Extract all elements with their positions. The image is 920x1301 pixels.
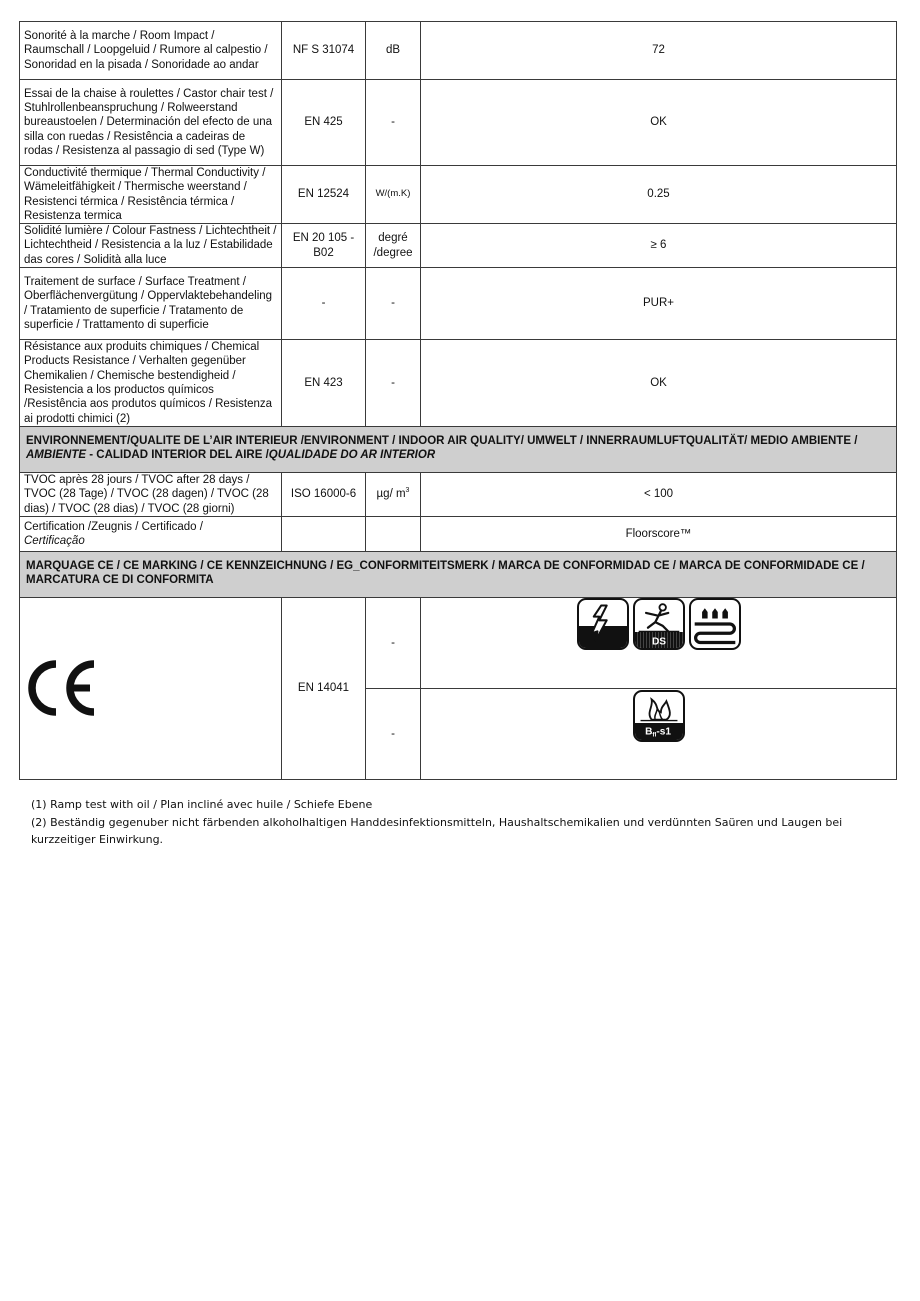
table-row: Sonorité à la marche / Room Impact / Rau… <box>20 22 897 80</box>
standard-cell <box>282 516 366 551</box>
property-text: Certificação <box>24 535 85 547</box>
value-cell: ≥ 6 <box>421 224 897 268</box>
standard-cell: EN 12524 <box>282 166 366 224</box>
unit-cell: - <box>366 340 421 427</box>
standard-cell: EN 14041 <box>282 597 366 779</box>
value-cell: Floorscore™ <box>421 516 897 551</box>
underfloor-heating-icon <box>689 598 741 650</box>
pictogram-cell: Bfl-s1 <box>421 688 897 779</box>
property-cell: Solidité lumière / Colour Fastness / Lic… <box>20 224 282 268</box>
fire-classification-icon: Bfl-s1 <box>633 690 685 742</box>
section-title-part: AMBIENTE <box>26 449 86 461</box>
section-title-part: ENVIRONNEMENT/QUALITE DE L’AIR INTERIEUR… <box>26 435 857 447</box>
value-cell: PUR+ <box>421 268 897 340</box>
standard-cell: - <box>282 268 366 340</box>
table-row: EN 14041 - <box>20 597 897 688</box>
table-row: Conductivité thermique / Thermal Conduct… <box>20 166 897 224</box>
property-cell: Certification /Zeugnis / Certificado / C… <box>20 516 282 551</box>
standard-cell: EN 423 <box>282 340 366 427</box>
table-row: TVOC après 28 jours / TVOC after 28 days… <box>20 472 897 516</box>
property-cell: TVOC après 28 jours / TVOC after 28 days… <box>20 472 282 516</box>
value-cell: OK <box>421 340 897 427</box>
footnote: (2) Beständig gegenuber nicht färbenden … <box>31 814 881 849</box>
standard-cell: EN 20 105 - B02 <box>282 224 366 268</box>
ce-mark-cell <box>20 597 282 779</box>
section-header-environment: ENVIRONNEMENT/QUALITE DE L’AIR INTERIEUR… <box>20 426 897 472</box>
property-cell: Traitement de surface / Surface Treatmen… <box>20 268 282 340</box>
fire-class-label: -s1 <box>656 726 671 737</box>
section-header-ce-marking: MARQUAGE CE / CE MARKING / CE KENNZEICHN… <box>20 551 897 597</box>
table-row: Certification /Zeugnis / Certificado / C… <box>20 516 897 551</box>
table-row: Résistance aux produits chimiques / Chem… <box>20 340 897 427</box>
svg-text:Bfl-s1: Bfl-s1 <box>645 726 671 738</box>
technical-spec-table: Sonorité à la marche / Room Impact / Rau… <box>19 21 897 780</box>
value-cell: OK <box>421 80 897 166</box>
unit-cell: - <box>366 597 421 688</box>
unit-cell <box>366 516 421 551</box>
property-cell: Sonorité à la marche / Room Impact / Rau… <box>20 22 282 80</box>
pictogram-cell: DS <box>421 597 897 688</box>
value-cell: 0.25 <box>421 166 897 224</box>
unit-cell: - <box>366 80 421 166</box>
electrical-behaviour-icon <box>577 598 629 650</box>
value-cell: < 100 <box>421 472 897 516</box>
section-title: ENVIRONNEMENT/QUALITE DE L’AIR INTERIEUR… <box>20 426 897 472</box>
svg-text:DS: DS <box>651 636 665 647</box>
unit-base: µg/ m <box>377 488 406 500</box>
footnotes: (1) Ramp test with oil / Plan incliné av… <box>31 796 881 849</box>
table-row: Essai de la chaise à roulettes / Castor … <box>20 80 897 166</box>
unit-cell: - <box>366 688 421 779</box>
property-text: Certification /Zeugnis / Certificado / <box>24 521 203 533</box>
table-row: Traitement de surface / Surface Treatmen… <box>20 268 897 340</box>
slip-resistance-ds-icon: DS <box>633 598 685 650</box>
ce-mark-icon <box>24 660 277 716</box>
unit-cell: dB <box>366 22 421 80</box>
section-title-part: QUALIDADE DO AR INTERIOR <box>269 449 435 461</box>
footnote: (1) Ramp test with oil / Plan incliné av… <box>31 796 881 814</box>
unit-cell: degré /degree <box>366 224 421 268</box>
value-cell: 72 <box>421 22 897 80</box>
unit-cell: - <box>366 268 421 340</box>
property-cell: Résistance aux produits chimiques / Chem… <box>20 340 282 427</box>
unit-cell: W/(m.K) <box>366 166 421 224</box>
section-title: MARQUAGE CE / CE MARKING / CE KENNZEICHN… <box>20 551 897 597</box>
property-cell: Conductivité thermique / Thermal Conduct… <box>20 166 282 224</box>
unit-superscript: 3 <box>406 487 410 494</box>
fire-class-label: B <box>645 726 652 737</box>
table-row: Solidité lumière / Colour Fastness / Lic… <box>20 224 897 268</box>
section-title-part: - CALIDAD INTERIOR DEL AIRE / <box>86 449 269 461</box>
standard-cell: EN 425 <box>282 80 366 166</box>
standard-cell: NF S 31074 <box>282 22 366 80</box>
standard-cell: ISO 16000-6 <box>282 472 366 516</box>
unit-cell: µg/ m3 <box>366 472 421 516</box>
property-cell: Essai de la chaise à roulettes / Castor … <box>20 80 282 166</box>
